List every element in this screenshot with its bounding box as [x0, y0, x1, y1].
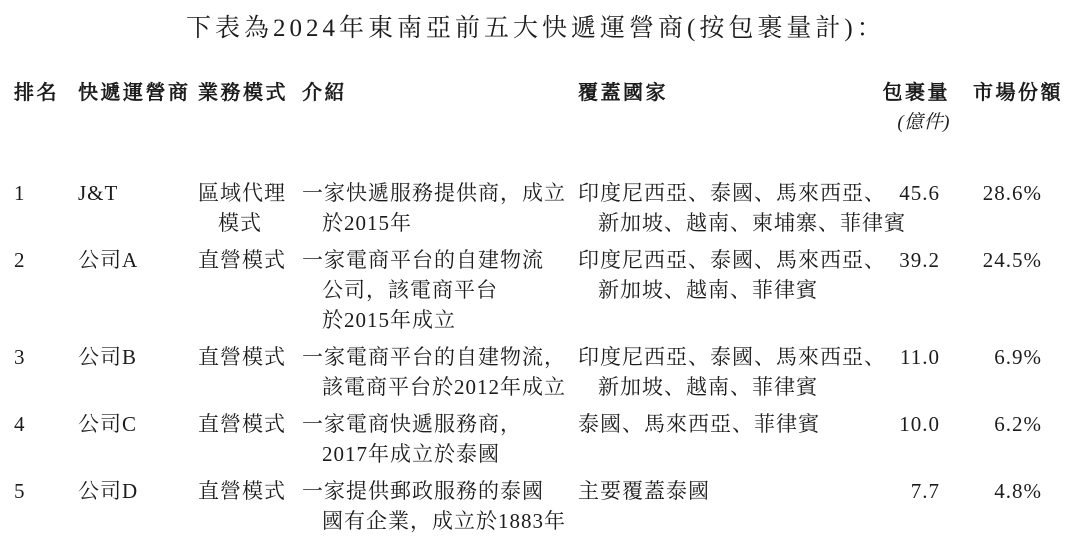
cell-countries: 泰國、馬來西亞、菲律賓 [578, 409, 870, 469]
table-row-1: 1 J&T 區域代理 模式 一家快遞服務提供商，成立 於2015年 印度尼西亞、… [14, 178, 1063, 238]
cell-rank: 2 [14, 245, 78, 335]
cell-countries: 主要覆蓋泰國 [578, 476, 870, 536]
cell-operator: 公司A [78, 245, 198, 335]
header-rank: 排名 [14, 78, 78, 138]
table-row-2: 2 公司A 直營模式 一家電商平台的自建物流 公司，該電商平台 於2015年成立… [14, 245, 1063, 335]
cell-business-model: 直營模式 [198, 342, 302, 402]
operators-table: 排名 快遞運營商 業務模式 介紹 覆蓋國家 包裹量 (億件) 市場份額 1 J&… [14, 78, 1063, 538]
cell-intro: 一家電商平台的自建物流， 該電商平台於2012年成立 [302, 342, 578, 402]
cell-parcel-volume: 39.2 [870, 245, 950, 335]
header-parcel-volume-unit: (億件) [870, 108, 950, 138]
table-caption: 下表為2024年東南亞前五大快遞運營商(按包裹量計)： [186, 12, 886, 46]
cell-parcel-volume: 45.6 [870, 178, 950, 238]
cell-market-share: 4.8% [950, 476, 1063, 536]
cell-parcel-volume: 11.0 [870, 342, 950, 402]
header-business-model: 業務模式 [198, 78, 302, 138]
cell-market-share: 28.6% [950, 178, 1063, 238]
table-row-3: 3 公司B 直營模式 一家電商平台的自建物流， 該電商平台於2012年成立 印度… [14, 342, 1063, 402]
cell-operator: 公司B [78, 342, 198, 402]
table-header-row: 排名 快遞運營商 業務模式 介紹 覆蓋國家 包裹量 (億件) 市場份額 [14, 78, 1063, 138]
table-row-4: 4 公司C 直營模式 一家電商快遞服務商， 2017年成立於泰國 泰國、馬來西亞… [14, 409, 1063, 469]
table-row-5: 5 公司D 直營模式 一家提供郵政服務的泰國 國有企業，成立於1883年 主要覆… [14, 476, 1063, 536]
cell-countries: 印度尼西亞、泰國、馬來西亞、 新加坡、越南、菲律賓 [578, 245, 870, 335]
header-countries: 覆蓋國家 [578, 78, 870, 138]
cell-business-model: 直營模式 [198, 476, 302, 536]
document-page: 下表為2024年東南亞前五大快遞運營商(按包裹量計)： 排名 快遞運營商 業務模… [0, 0, 1080, 538]
header-parcel-volume: 包裹量 (億件) [870, 78, 950, 138]
header-operator: 快遞運營商 [78, 78, 198, 138]
cell-market-share: 6.9% [950, 342, 1063, 402]
cell-operator: 公司D [78, 476, 198, 536]
cell-parcel-volume: 10.0 [870, 409, 950, 469]
header-market-share: 市場份額 [950, 78, 1063, 138]
cell-operator: 公司C [78, 409, 198, 469]
cell-business-model: 直營模式 [198, 245, 302, 335]
cell-rank: 3 [14, 342, 78, 402]
cell-market-share: 24.5% [950, 245, 1063, 335]
cell-intro: 一家電商平台的自建物流 公司，該電商平台 於2015年成立 [302, 245, 578, 335]
cell-operator: J&T [78, 178, 198, 238]
cell-countries: 印度尼西亞、泰國、馬來西亞、 新加坡、越南、菲律賓 [578, 342, 870, 402]
cell-parcel-volume: 7.7 [870, 476, 950, 536]
cell-intro: 一家電商快遞服務商， 2017年成立於泰國 [302, 409, 578, 469]
cell-intro: 一家提供郵政服務的泰國 國有企業，成立於1883年 [302, 476, 578, 536]
header-intro: 介紹 [302, 78, 578, 138]
cell-intro: 一家快遞服務提供商，成立 於2015年 [302, 178, 578, 238]
cell-rank: 1 [14, 178, 78, 238]
cell-business-model: 區域代理 模式 [198, 178, 302, 238]
cell-market-share: 6.2% [950, 409, 1063, 469]
cell-rank: 5 [14, 476, 78, 536]
cell-rank: 4 [14, 409, 78, 469]
cell-countries: 印度尼西亞、泰國、馬來西亞、 新加坡、越南、柬埔寨、菲律賓 [578, 178, 870, 238]
cell-business-model: 直營模式 [198, 409, 302, 469]
